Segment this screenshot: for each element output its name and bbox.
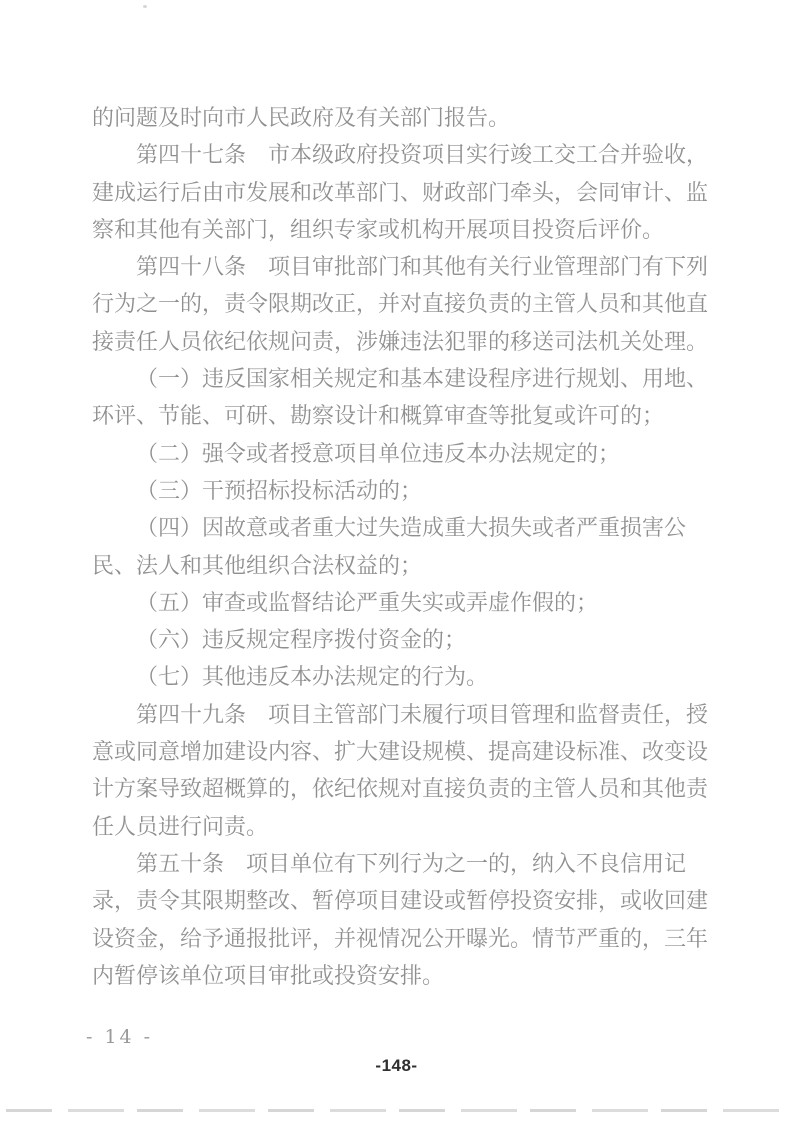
text-line: （四）因故意或者重大过失造成重大损失或者严重损害公 (92, 510, 712, 547)
text-line: 录，责令其限期整改、暂停项目建设或暂停投资安排，或收回建 (92, 883, 712, 920)
scanned-document-page: 的问题及时向市人民政府及有关部门报告。第四十七条 市本级政府投资项目实行竣工交工… (0, 0, 793, 1122)
text-line: 计方案导致超概算的，依纪依规对直接负责的主管人员和其他责 (92, 771, 712, 808)
text-line: （五）审查或监督结论严重失实或弄虚作假的； (92, 585, 712, 622)
text-line: 设资金，给予通报批评，并视情况公开曝光。情节严重的，三年 (92, 921, 712, 958)
scan-artifact-speck (512, 760, 515, 762)
text-line: 第五十条 项目单位有下列行为之一的，纳入不良信用记 (92, 846, 712, 883)
text-line: 意或同意增加建设内容、扩大建设规模、提高建设标准、改变设 (92, 734, 712, 771)
scan-artifact-speck (584, 299, 587, 302)
text-line: 内暂停该单位项目审批或投资安排。 (92, 958, 712, 995)
text-line: （六）违反规定程序拨付资金的； (92, 622, 712, 659)
text-line: 第四十七条 市本级政府投资项目实行竣工交工合并验收， (92, 137, 712, 174)
text-line: 任人员进行问责。 (92, 809, 712, 846)
text-line: 的问题及时向市人民政府及有关部门报告。 (92, 100, 712, 137)
text-line: （七）其他违反本办法规定的行为。 (92, 659, 712, 696)
text-line: 接责任人员依纪依规问责，涉嫌违法犯罪的移送司法机关处理。 (92, 324, 712, 361)
text-line: 民、法人和其他组织合法权益的； (92, 548, 712, 585)
footer-page-number-center: -148- (0, 1056, 793, 1076)
scan-artifact-speck (143, 5, 147, 8)
footer-page-number-left: - 14 - (86, 1026, 153, 1048)
text-line: 行为之一的，责令限期改正，并对直接负责的主管人员和其他直 (92, 286, 712, 323)
text-line: 环评、节能、可研、勘察设计和概算审查等批复或许可的； (92, 398, 712, 435)
text-line: （一）违反国家相关规定和基本建设程序进行规划、用地、 (92, 361, 712, 398)
text-block: 的问题及时向市人民政府及有关部门报告。第四十七条 市本级政府投资项目实行竣工交工… (92, 100, 712, 995)
text-line: 建成运行后由市发展和改革部门、财政部门牵头，会同审计、监 (92, 175, 712, 212)
text-line: （二）强令或者授意项目单位违反本办法规定的； (92, 436, 712, 473)
scan-artifact-speck (251, 486, 254, 489)
text-line: 第四十九条 项目主管部门未履行项目管理和监督责任，授 (92, 697, 712, 734)
text-line: 察和其他有关部门，组织专家或机构开展项目投资后评价。 (92, 212, 712, 249)
text-line: （三）干预招标投标活动的； (92, 473, 712, 510)
text-line: 第四十八条 项目审批部门和其他有关行业管理部门有下列 (92, 249, 712, 286)
scan-artifact-line (6, 1109, 787, 1112)
